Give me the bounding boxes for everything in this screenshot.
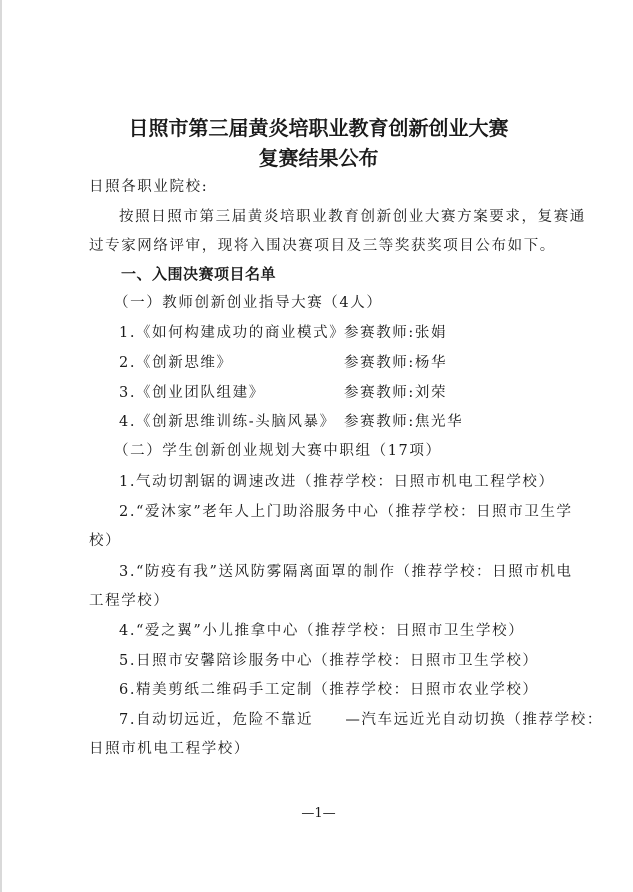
student-project-line1: 3.“防疫有我”送风防雾隔离面罩的制作（推荐学校：日照市机电 <box>119 562 573 582</box>
intro-paragraph-line2: 过专家网络评审，现将入围决赛项目及三等奖获奖项目公布如下。 <box>89 236 556 256</box>
document-title-line2: 复赛结果公布 <box>2 142 633 171</box>
student-project-line1: 6.精美剪纸二维码手工定制（推荐学校：日照市农业学校） <box>119 680 539 700</box>
student-project-line2: 日照市机电工程学校） <box>89 739 250 759</box>
teacher-entry-title: 4.《创新思维训练-头脑风暴》 <box>119 412 336 432</box>
teacher-entry-title: 3.《创业团队组建》 <box>119 383 265 403</box>
student-project-line2: 工程学校） <box>89 591 170 611</box>
teacher-entry-name: 参赛教师:杨华 <box>344 353 447 373</box>
salutation: 日照各职业院校: <box>89 177 208 197</box>
teacher-entry: 4.《创新思维训练-头脑风暴》 参赛教师:焦光华 <box>2 412 633 432</box>
page-number: —1— <box>2 806 633 821</box>
student-project-line1: 1.气动切割锯的调速改进（推荐学校：日照市机电工程学校） <box>119 472 555 492</box>
teacher-entry: 3.《创业团队组建》 参赛教师:刘荣 <box>2 383 633 403</box>
student-project-line1: 2.“爱沐家”老年人上门助浴服务中心（推荐学校：日照市卫生学 <box>119 502 573 522</box>
section-heading-finalists: 一、入围决赛项目名单 <box>121 264 276 284</box>
intro-paragraph-line1: 按照日照市第三届黄炎培职业教育创新创业大赛方案要求，复赛通 <box>119 207 586 227</box>
subsection-heading-teachers: （一）教师创新创业指导大赛（4人） <box>114 293 382 313</box>
teacher-entry-name: 参赛教师:刘荣 <box>344 383 447 403</box>
student-project-line1: 4.“爱之翼”小儿推拿中心（推荐学校：日照市卫生学校） <box>119 621 524 641</box>
document-page: 日照市第三届黄炎培职业教育创新创业大赛 复赛结果公布 日照各职业院校: 按照日照… <box>0 0 633 892</box>
subsection-heading-students: （二）学生创新创业规划大赛中职组（17项） <box>114 441 442 461</box>
student-project-line1: 7.自动切远近，危险不靠近 —汽车远近光自动切换（推荐学校： <box>119 710 603 730</box>
teacher-entry: 2.《创新思维》 参赛教师:杨华 <box>2 353 633 373</box>
teacher-entry-name: 参赛教师:焦光华 <box>344 412 463 432</box>
document-title-line1: 日照市第三届黄炎培职业教育创新创业大赛 <box>2 112 633 141</box>
teacher-entry-title: 2.《创新思维》 <box>119 353 233 373</box>
student-project-line2: 校） <box>89 531 121 551</box>
teacher-entry-title: 1.《如何构建成功的商业模式》 <box>119 323 345 343</box>
teacher-entry: 1.《如何构建成功的商业模式》 参赛教师:张娟 <box>2 323 633 343</box>
student-project-line1: 5.日照市安馨陪诊服务中心（推荐学校：日照市卫生学校） <box>119 651 539 671</box>
teacher-entry-name: 参赛教师:张娟 <box>344 323 447 343</box>
